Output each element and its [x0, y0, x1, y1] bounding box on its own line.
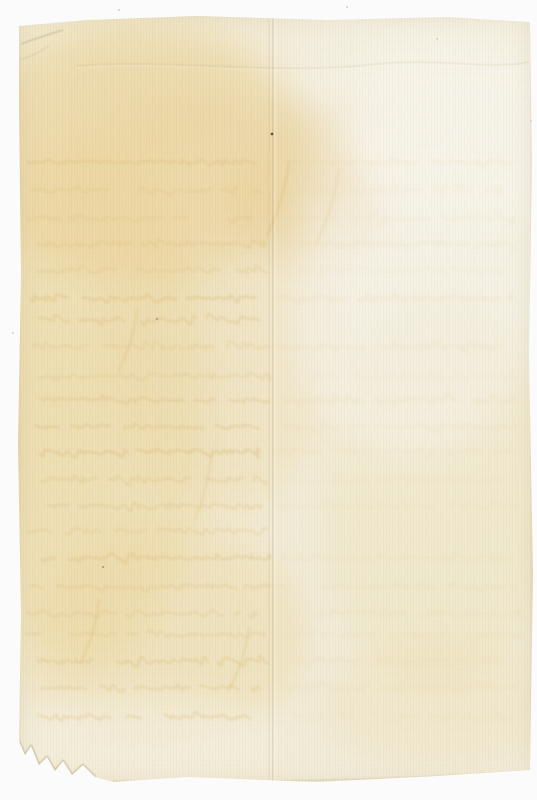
dust-speck: [118, 9, 120, 11]
paper-sheet: [17, 14, 533, 787]
paper-grain-texture: [17, 14, 533, 787]
dust-speck: [12, 332, 14, 334]
dust-speck: [346, 6, 348, 8]
paper-artifacts-svg: [17, 14, 533, 787]
scanner-background: Scanned historical letter — blank verso …: [0, 0, 537, 800]
